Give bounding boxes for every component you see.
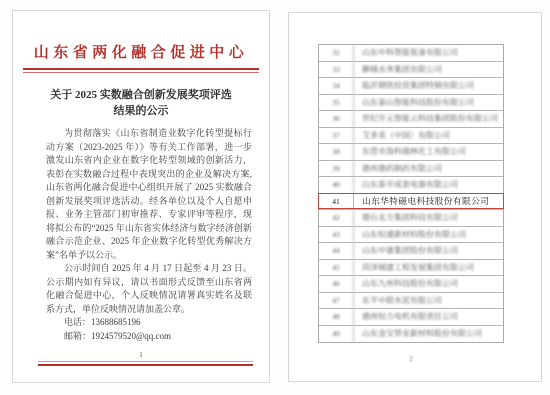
row-number-cell: 34 (319, 78, 354, 94)
table-row: 39 德州德药制药有限公司 (319, 161, 503, 178)
company-name-cell: 山东中康集团股份有限公司 (354, 245, 503, 256)
row-number-cell: 42 (319, 210, 354, 226)
right-page-number: 2 (318, 355, 504, 363)
company-name-cell: 山东泰山智能科技股份有限公司 (354, 97, 503, 108)
company-name-cell: 烟台北方集团科技有限公司 (354, 212, 503, 223)
company-name-cell: 艾多美（中国）有限公司 (354, 130, 503, 141)
announcement-body: 为贯彻落实《山东省制造业数字化转型提标行动方案（2023-2025 年）》等有关… (46, 127, 252, 343)
row-number-cell: 38 (319, 144, 354, 160)
announcement-title: 关于 2025 实数融合创新发展奖项评选 结果的公示 (31, 87, 251, 119)
row-number-cell: 44 (319, 243, 354, 259)
row-number-cell: 32 (319, 45, 354, 61)
company-name-cell: 世纪开元智能云科技集团股份有限公司 (354, 113, 503, 124)
table-row: 41 山东华特磁电科技股份有限公司 (319, 194, 503, 211)
row-number-cell: 41 (319, 194, 354, 210)
row-number-cell: 48 (319, 309, 354, 325)
company-name-cell: 德州德药制药有限公司 (354, 163, 503, 174)
company-name-cell: 临沂钢铁投资集团特钢有限公司 (354, 80, 503, 91)
table-row: 34 临沂钢铁投资集团特钢有限公司 (319, 78, 503, 95)
body-paragraph-2: 公示时间自 2025 年 4 月 17 日起至 4 月 23 日。公示期内如有异… (46, 262, 252, 316)
table-row: 43 山东恒通新材料股份有限公司 (319, 227, 503, 244)
document-scan: 山东省两化融合促进中心 关于 2025 实数融合创新发展奖项评选 结果的公示 为… (0, 0, 550, 395)
row-number-cell: 35 (319, 95, 354, 111)
row-number-cell: 45 (319, 260, 354, 276)
row-number-cell: 37 (319, 128, 354, 144)
company-name-cell: 山东九州科技股份有限公司 (354, 278, 503, 289)
company-name-cell: 山东华特磁电科技股份有限公司 (354, 195, 503, 207)
table-row: 37 艾多美（中国）有限公司 (319, 128, 503, 145)
table-row: 49 山东金宝管业新材料股份有限公司 (319, 326, 503, 343)
table-row: 46 山东九州科技股份有限公司 (319, 276, 503, 293)
table-row: 42 烟台北方集团科技有限公司 (319, 210, 503, 227)
company-name-cell: 东营市海科瑞林化工有限公司 (354, 146, 503, 157)
announcement-title-line2: 结果的公示 (31, 103, 251, 119)
letterhead-double-rule (23, 68, 259, 73)
red-letterhead-title: 山东省两化融合促进中心 (23, 41, 259, 62)
contact-phone: 电话：13688685196 (46, 316, 252, 330)
table-row: 35 山东泰山智能科技股份有限公司 (319, 95, 503, 112)
body-paragraph-1: 为贯彻落实《山东省制造业数字化转型提标行动方案（2023-2025 年）》等有关… (46, 127, 252, 262)
table-row: 44 山东中康集团股份有限公司 (319, 243, 503, 260)
row-number-cell: 46 (319, 276, 354, 292)
table-row: 48 德州恒力电机有限责任公司 (319, 309, 503, 326)
announcement-page: 山东省两化融合促进中心 关于 2025 实数融合创新发展奖项评选 结果的公示 为… (12, 10, 270, 383)
contact-email: 邮箱：1924579520@qq.com (46, 330, 252, 344)
table-row: 33 聊城水务集团有限公司 (319, 62, 503, 79)
company-name-cell: 德州恒力电机有限责任公司 (354, 311, 503, 322)
row-number-cell: 47 (319, 293, 354, 309)
company-name-cell: 东平中联水泥有限公司 (354, 295, 503, 306)
company-list-page: 32 山东中科智能装备有限公司 33 聊城水务集团有限公司 34 临沂钢铁投资集… (288, 12, 542, 382)
table-row: 38 东营市海科瑞林化工有限公司 (319, 144, 503, 161)
table-row: 47 东平中联水泥有限公司 (319, 293, 503, 310)
table-row: 45 菏泽城建工程发展集团有限公司 (319, 260, 503, 277)
left-page-footer: 1 (13, 351, 269, 366)
row-number-cell: 39 (319, 161, 354, 177)
company-name-cell: 菏泽城建工程发展集团有限公司 (354, 262, 503, 273)
footer-double-rule (38, 361, 253, 366)
announcement-title-line1: 关于 2025 实数融合创新发展奖项评选 (31, 87, 251, 103)
row-number-cell: 40 (319, 177, 354, 193)
company-name-cell: 山东恒通新材料股份有限公司 (354, 229, 503, 240)
company-table: 32 山东中科智能装备有限公司 33 聊城水务集团有限公司 34 临沂钢铁投资集… (318, 44, 504, 343)
row-number-cell: 33 (319, 62, 354, 78)
company-name-cell: 山东金宝管业新材料股份有限公司 (354, 328, 503, 339)
company-name-cell: 聊城水务集团有限公司 (354, 64, 503, 75)
row-number-cell: 36 (319, 111, 354, 127)
row-number-cell: 43 (319, 227, 354, 243)
table-row: 40 山东泰开成套电器有限公司 (319, 177, 503, 194)
company-name-cell: 山东泰开成套电器有限公司 (354, 179, 503, 190)
row-number-cell: 49 (319, 326, 354, 343)
table-row: 32 山东中科智能装备有限公司 (319, 45, 503, 62)
company-name-cell: 山东中科智能装备有限公司 (354, 47, 503, 58)
left-page-number: 1 (13, 351, 269, 359)
table-row: 36 世纪开元智能云科技集团股份有限公司 (319, 111, 503, 128)
